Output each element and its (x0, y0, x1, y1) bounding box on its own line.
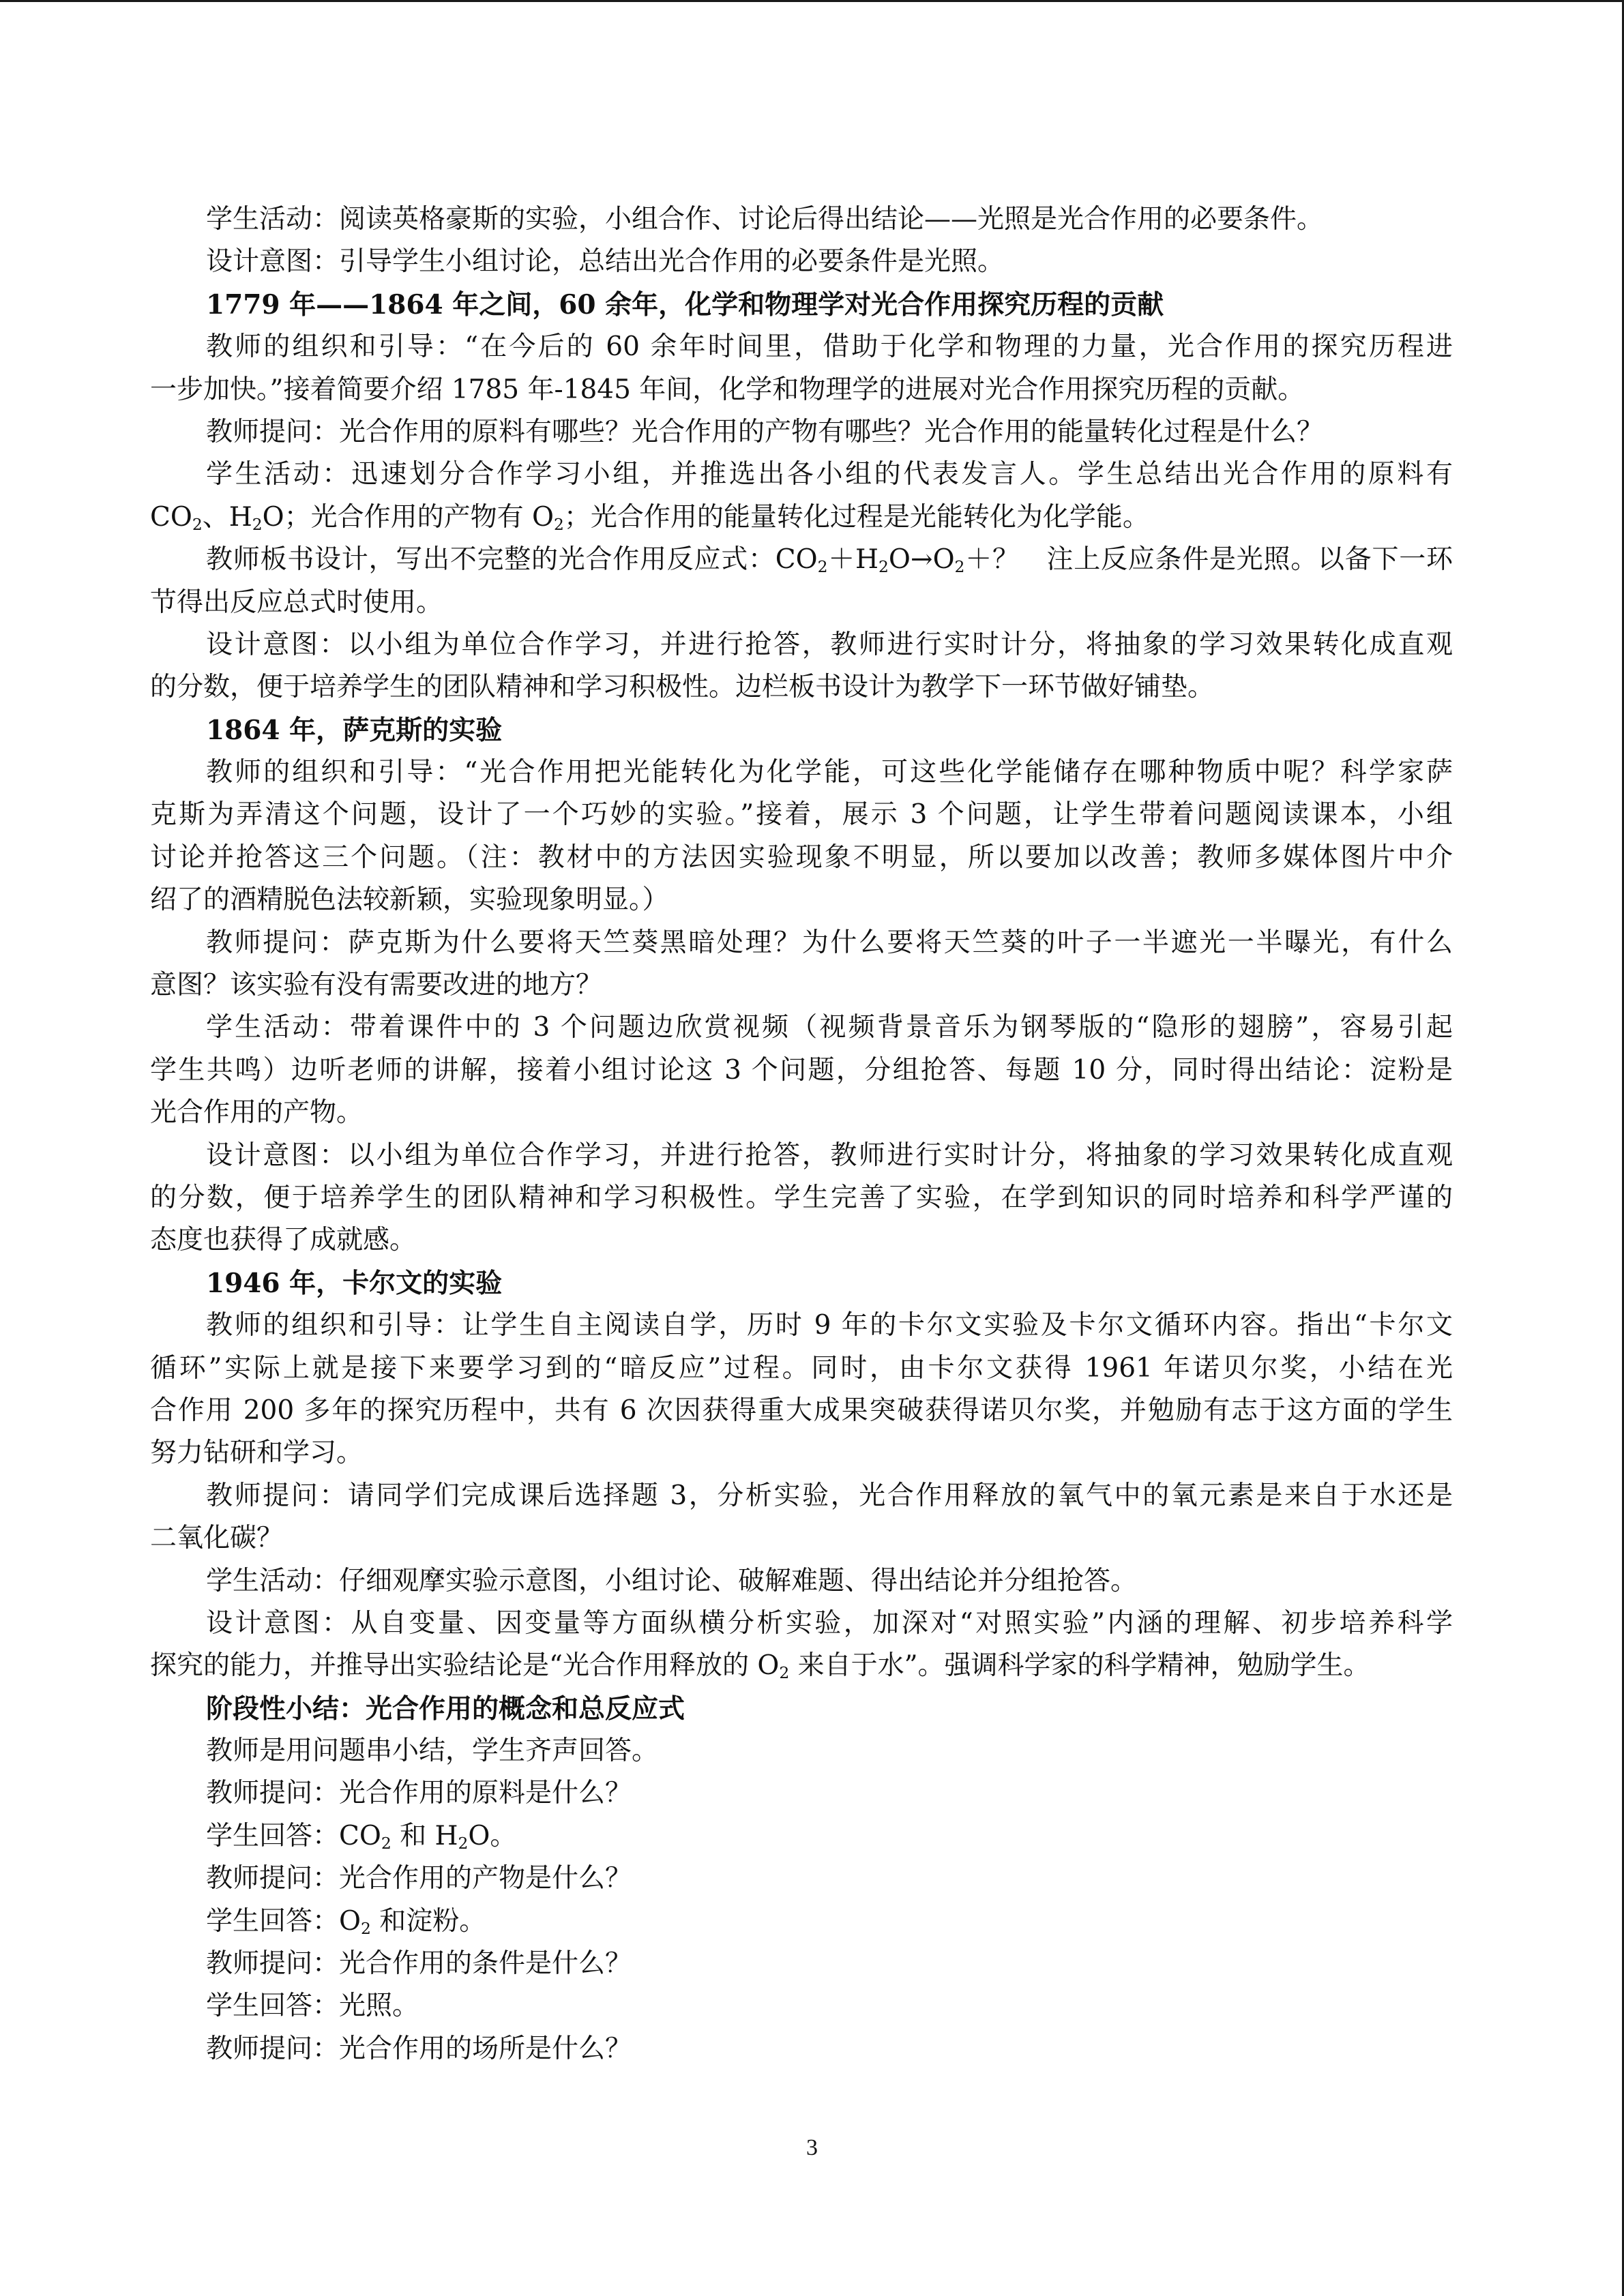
paragraph-continuation-line: 克斯为弄清这个问题，设计了一个巧妙的实验。”接着，展示 3 个问题，让学生带着问… (150, 794, 1453, 836)
paragraph-continuation-line: 学生共鸣）边听老师的讲解，接着小组讨论这 3 个问题，分组抢答、每题 10 分，… (150, 1049, 1453, 1092)
paragraph-line: 教师是用问题串小结，学生齐声回答。 (150, 1730, 1453, 1772)
paragraph-line: 学生活动：迅速划分合作学习小组，并推选出各小组的代表发言人。学生总结出光合作用的… (150, 453, 1453, 496)
paragraph-line: 学生活动：仔细观摩实验示意图，小组讨论、破解难题、得出结论并分组抢答。 (150, 1560, 1453, 1602)
paragraph-continuation-line: 的分数，便于培养学生的团队精神和学习积极性。学生完善了实验，在学到知识的同时培养… (150, 1177, 1453, 1219)
paragraph-line: 教师的组织和引导：“光合作用把光能转化为化学能，可这些化学能储存在哪种物质中呢？… (150, 751, 1453, 794)
paragraph-line: 学生活动：带着课件中的 3 个问题边欣赏视频（视频背景音乐为钢琴版的“隐形的翅膀… (150, 1007, 1453, 1049)
paragraph-continuation-line: 一步加快。”接着简要介绍 1785 年-1845 年间，化学和物理学的进展对光合… (150, 369, 1453, 411)
paragraph-line: 学生回答：CO2 和 H2O。 (150, 1815, 1453, 1858)
paragraph-line: 设计意图：引导学生小组讨论，总结出光合作用的必要条件是光照。 (150, 241, 1453, 283)
paragraph-continuation-line: 态度也获得了成就感。 (150, 1219, 1453, 1262)
paragraph-line: 学生回答：光照。 (150, 1985, 1453, 2027)
paragraph-continuation-line: 节得出反应总式时使用。 (150, 582, 1453, 624)
paragraph-line: 教师板书设计，写出不完整的光合作用反应式：CO2＋H2O→O2＋？ 注上反应条件… (150, 539, 1453, 581)
document-page: 学生活动：阅读英格豪斯的实验，小组合作、讨论后得出结论——光照是光合作用的必要条… (0, 0, 1624, 2296)
paragraph-continuation-line: 讨论并抢答这三个问题。（注：教材中的方法因实验现象不明显，所以要加以改善；教师多… (150, 837, 1453, 879)
paragraph-line: 教师提问：萨克斯为什么要将天竺葵黑暗处理？为什么要将天竺葵的叶子一半遮光一半曝光… (150, 922, 1453, 964)
paragraph-line: 教师提问：光合作用的条件是什么？ (150, 1943, 1453, 1985)
section-heading: 阶段性小结：光合作用的概念和总反应式 (150, 1688, 1453, 1730)
paragraph-line: 学生活动：阅读英格豪斯的实验，小组合作、讨论后得出结论——光照是光合作用的必要条… (150, 198, 1453, 241)
paragraph-continuation-line: 合作用 200 多年的探究历程中，共有 6 次因获得重大成果突破获得诺贝尔奖，并… (150, 1390, 1453, 1432)
section-heading: 1779 年——1864 年之间，60 余年，化学和物理学对光合作用探究历程的贡… (150, 284, 1453, 326)
paragraph-continuation-line: 循环”实际上就是接下来要学习到的“暗反应”过程。同时，由卡尔文获得 1961 年… (150, 1347, 1453, 1390)
paragraph-continuation-line: 光合作用的产物。 (150, 1092, 1453, 1134)
paragraph-line: 教师提问：光合作用的场所是什么？ (150, 2028, 1453, 2070)
section-heading: 1864 年，萨克斯的实验 (150, 709, 1453, 751)
paragraph-continuation-line: 探究的能力，并推导出实验结论是“光合作用释放的 O2 来自于水”。强调科学家的科… (150, 1645, 1453, 1687)
paragraph-line: 教师的组织和引导：让学生自主阅读自学，历时 9 年的卡尔文实验及卡尔文循环内容。… (150, 1304, 1453, 1347)
paragraph-line: 教师提问：光合作用的产物是什么？ (150, 1858, 1453, 1900)
paragraph-continuation-line: 努力钻研和学习。 (150, 1432, 1453, 1474)
paragraph-continuation-line: 二氧化碳？ (150, 1517, 1453, 1560)
paragraph-line: 教师提问：请同学们完成课后选择题 3，分析实验，光合作用释放的氧气中的氧元素是来… (150, 1475, 1453, 1517)
paragraph-continuation-line: CO2、H2O；光合作用的产物有 O2；光合作用的能量转化过程是光能转化为化学能… (150, 496, 1453, 539)
paragraph-continuation-line: 的分数，便于培养学生的团队精神和学习积极性。边栏板书设计为教学下一环节做好铺垫。 (150, 666, 1453, 709)
paragraph-line: 教师提问：光合作用的原料是什么？ (150, 1772, 1453, 1815)
paragraph-line: 设计意图：以小组为单位合作学习，并进行抢答，教师进行实时计分，将抽象的学习效果转… (150, 1135, 1453, 1177)
section-heading: 1946 年，卡尔文的实验 (150, 1262, 1453, 1304)
paragraph-line: 设计意图：从自变量、因变量等方面纵横分析实验，加深对“对照实验”内涵的理解、初步… (150, 1602, 1453, 1645)
paragraph-continuation-line: 意图？该实验有没有需要改进的地方？ (150, 964, 1453, 1007)
paragraph-line: 学生回答：O2 和淀粉。 (150, 1900, 1453, 1943)
page-number: 3 (0, 2135, 1624, 2161)
paragraph-line: 设计意图：以小组为单位合作学习，并进行抢答，教师进行实时计分，将抽象的学习效果转… (150, 624, 1453, 666)
paragraph-line: 教师提问：光合作用的原料有哪些？光合作用的产物有哪些？光合作用的能量转化过程是什… (150, 411, 1453, 453)
paragraph-continuation-line: 绍了的酒精脱色法较新颖，实验现象明显。） (150, 879, 1453, 921)
paragraph-line: 教师的组织和引导：“在今后的 60 余年时间里，借助于化学和物理的力量，光合作用… (150, 326, 1453, 368)
body-text: 学生活动：阅读英格豪斯的实验，小组合作、讨论后得出结论——光照是光合作用的必要条… (150, 198, 1453, 2070)
